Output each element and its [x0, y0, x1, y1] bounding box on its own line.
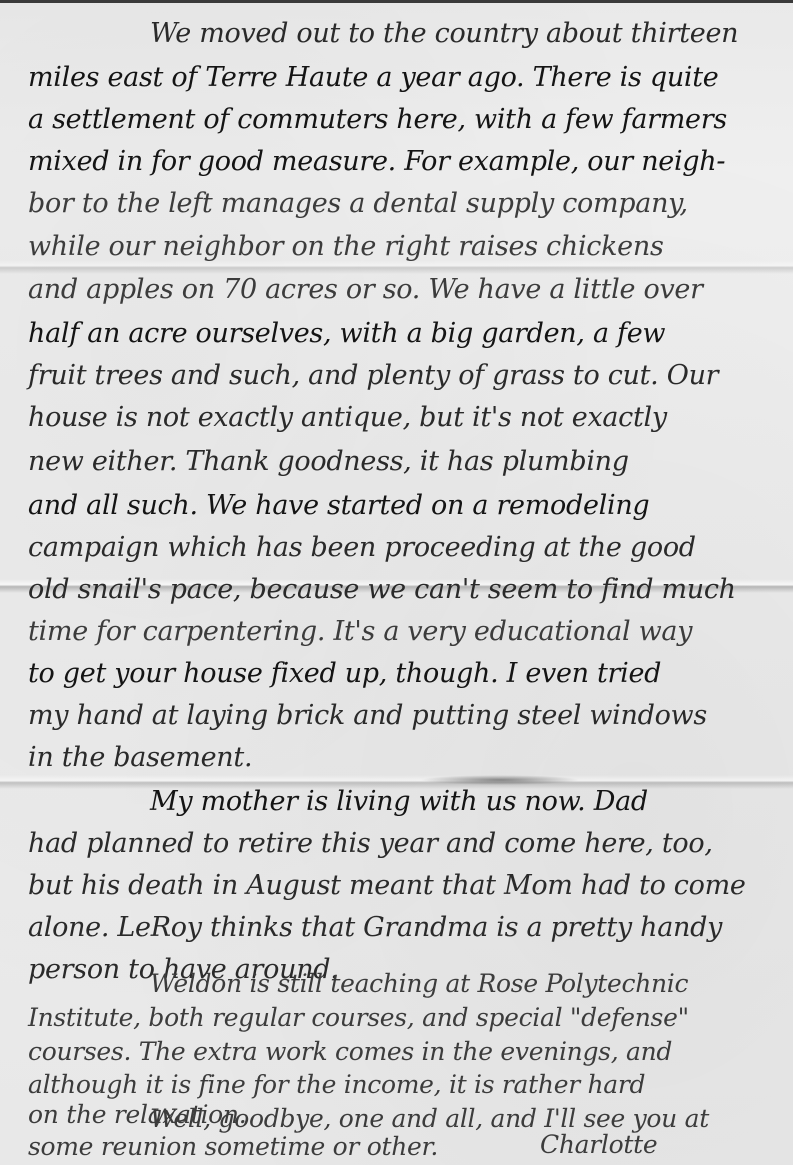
fold-crease [0, 260, 793, 274]
letter-line: half an acre ourselves, with a big garde… [28, 318, 665, 349]
closing-line: some reunion sometime or other. [28, 1132, 438, 1161]
letter-line: my hand at laying brick and putting stee… [28, 700, 707, 731]
letter-line: although it is fine for the income, it i… [28, 1070, 645, 1099]
letter-line: while our neighbor on the right raises c… [28, 231, 664, 262]
letter-line: time for carpentering. It's a very educa… [28, 616, 692, 647]
letter-line: My mother is living with us now. Dad [150, 786, 648, 817]
letter-line: courses. The extra work comes in the eve… [28, 1037, 672, 1066]
letter-line: miles east of Terre Haute a year ago. Th… [28, 62, 718, 93]
letter-line: but his death in August meant that Mom h… [28, 870, 746, 901]
letter-line: fruit trees and such, and plenty of gras… [28, 360, 718, 391]
letter-line: Institute, both regular courses, and spe… [28, 1003, 689, 1032]
letter-line: new either. Thank goodness, it has plumb… [28, 446, 629, 477]
letter-line: had planned to retire this year and come… [28, 828, 713, 859]
letter-line: a settlement of commuters here, with a f… [28, 104, 727, 135]
letter-page: We moved out to the country about thirte… [0, 0, 793, 1165]
letter-line: Weldon is still teaching at Rose Polytec… [150, 969, 688, 998]
letter-line: campaign which has been proceeding at th… [28, 532, 696, 563]
letter-line: to get your house fixed up, though. I ev… [28, 658, 661, 689]
letter-line: bor to the left manages a dental supply … [28, 188, 688, 219]
page-top-edge [0, 0, 793, 3]
letter-line: We moved out to the country about thirte… [150, 18, 738, 49]
letter-line: alone. LeRoy thinks that Grandma is a pr… [28, 912, 722, 943]
letter-line: house is not exactly antique, but it's n… [28, 402, 667, 433]
crease-shadow [420, 775, 580, 785]
letter-line: in the basement. [28, 742, 252, 773]
letter-line: old snail's pace, because we can't seem … [28, 574, 736, 605]
letter-line: and apples on 70 acres or so. We have a … [28, 274, 703, 305]
closing-line: Well, goodbye, one and all, and I'll see… [150, 1104, 709, 1133]
letter-line: mixed in for good measure. For example, … [28, 146, 725, 177]
letter-line: and all such. We have started on a remod… [28, 490, 649, 521]
signature: Charlotte [540, 1130, 657, 1159]
